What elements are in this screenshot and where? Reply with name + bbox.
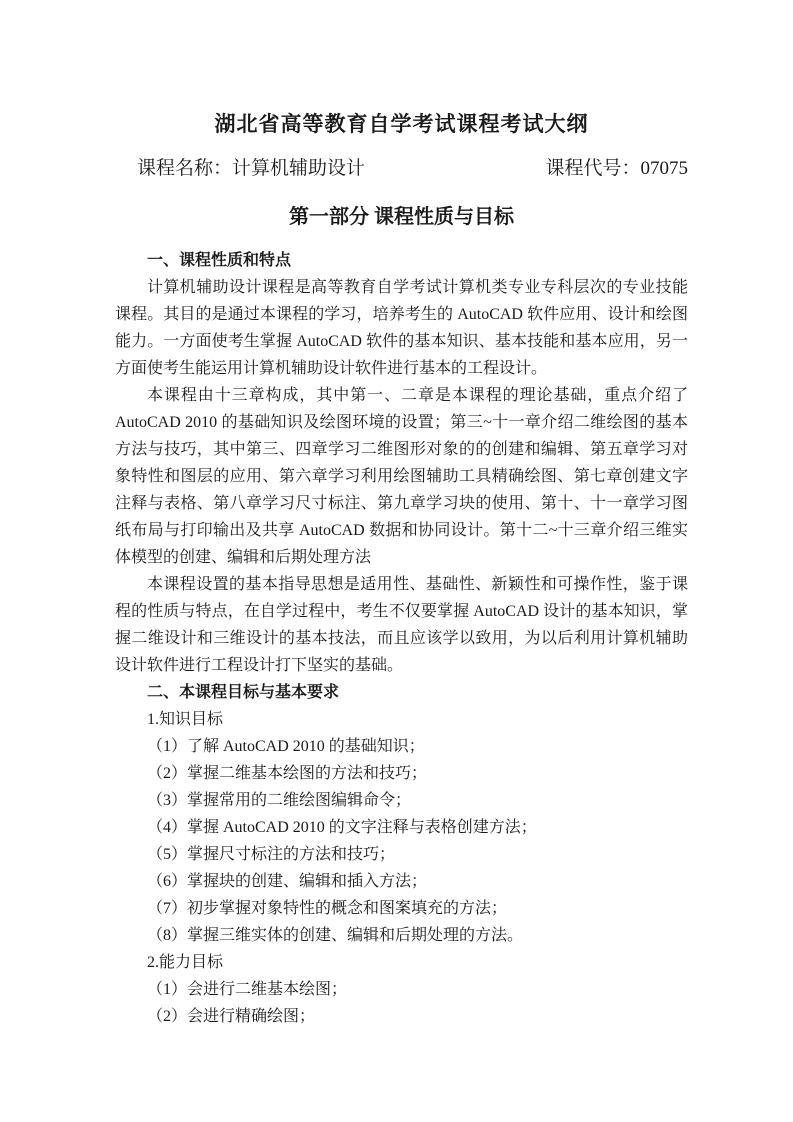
list-item: （1）会进行二维基本绘图； — [115, 976, 688, 1003]
list-item: 1.知识目标 — [115, 706, 688, 733]
body-paragraph: 本课程由十三章构成，其中第一、二章是本课程的理论基础，重点介绍了 AutoCAD… — [115, 382, 688, 571]
list-item: （1）了解 AutoCAD 2010 的基础知识； — [115, 733, 688, 760]
document-title: 湖北省高等教育自学考试课程考试大纲 — [115, 106, 688, 142]
document-page: 湖北省高等教育自学考试课程考试大纲 课程名称：计算机辅助设计 课程代号：0707… — [0, 0, 793, 1122]
list-item: 2.能力目标 — [115, 949, 688, 976]
list-item: （5）掌握尺寸标注的方法和技巧； — [115, 841, 688, 868]
list-item: （4）掌握 AutoCAD 2010 的文字注释与表格创建方法； — [115, 814, 688, 841]
course-info-line: 课程名称：计算机辅助设计 课程代号：07075 — [115, 155, 688, 183]
list-item: （7）初步掌握对象特性的概念和图案填充的方法； — [115, 895, 688, 922]
document-body: 一、课程性质和特点 计算机辅助设计课程是高等教育自学考试计算机类专业专科层次的专… — [115, 247, 688, 1030]
document-content: 湖北省高等教育自学考试课程考试大纲 课程名称：计算机辅助设计 课程代号：0707… — [115, 106, 688, 1030]
list-item: （3）掌握常用的二维绘图编辑命令； — [115, 787, 688, 814]
body-paragraph: 计算机辅助设计课程是高等教育自学考试计算机类专业专科层次的专业技能课程。其目的是… — [115, 274, 688, 382]
list-item: （2）掌握二维基本绘图的方法和技巧； — [115, 760, 688, 787]
course-code: 课程代号：07075 — [545, 155, 688, 183]
course-name: 课程名称：计算机辅助设计 — [137, 155, 365, 183]
part-heading: 第一部分 课程性质与目标 — [115, 203, 688, 231]
list-item: （8）掌握三维实体的创建、编辑和后期处理的方法。 — [115, 922, 688, 949]
section-heading: 一、课程性质和特点 — [115, 247, 688, 274]
section-heading: 二、本课程目标与基本要求 — [115, 679, 688, 706]
list-item: （2）会进行精确绘图； — [115, 1003, 688, 1030]
body-paragraph: 本课程设置的基本指导思想是适用性、基础性、新颖性和可操作性，鉴于课程的性质与特点… — [115, 571, 688, 679]
list-item: （6）掌握块的创建、编辑和插入方法； — [115, 868, 688, 895]
